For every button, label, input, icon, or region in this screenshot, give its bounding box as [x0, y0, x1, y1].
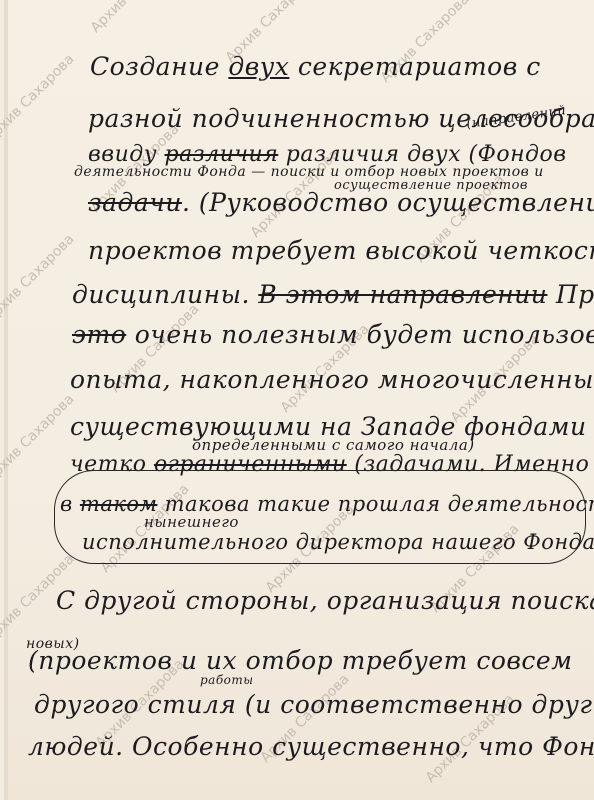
text-span: в — [60, 492, 80, 516]
text-span: . (Руководство осуществлением — [182, 188, 594, 217]
text-line: задачи. (Руководство осуществлением — [88, 188, 594, 217]
text-line: С другой стороны, организация поиска — [56, 586, 594, 615]
text-line: опыта, накопленного многочисленными — [70, 365, 594, 394]
text-span: секретариатов с — [289, 52, 540, 81]
watermark: Архив Сахарова — [0, 231, 77, 326]
text-line: в таком такова такие прошлая деятельност… — [60, 492, 594, 516]
text-line: людей. Особенно существенно, что Фонд — [28, 732, 594, 761]
underlined-word: двух — [228, 52, 289, 81]
struck-word: В этом направлении — [258, 280, 547, 309]
text-line: исполнительного директора нашего Фонда — [82, 530, 594, 554]
text-line: Создание двух секретариатов с — [90, 52, 541, 81]
text-line: это очень полезным будет использование — [72, 320, 594, 349]
watermark: Архив Сахарова — [0, 51, 77, 146]
text-span: Создание — [90, 52, 228, 81]
text-line: (проектов и их отбор требует совсем — [28, 646, 572, 675]
text-span: очень полезным будет использование — [126, 320, 594, 349]
struck-word: задачи — [88, 188, 182, 217]
text-line: другого стиля (и соответственно других — [34, 690, 594, 719]
insertion: работы — [200, 673, 254, 687]
text-span: дисциплины. — [72, 280, 258, 309]
manuscript-page: Архив Сахарова Архив Сахарова Архив Саха… — [4, 0, 594, 800]
struck-word: это — [72, 320, 126, 349]
text-line: дисциплины. В этом направлении При этом — [72, 280, 594, 309]
text-span: При этом — [547, 280, 594, 309]
text-line: проектов требует высокой четкости и — [88, 236, 594, 265]
insertion: нынешнего — [144, 513, 239, 531]
watermark: Архив Сахарова — [0, 391, 77, 486]
watermark: Архив Сахарова — [88, 0, 183, 36]
